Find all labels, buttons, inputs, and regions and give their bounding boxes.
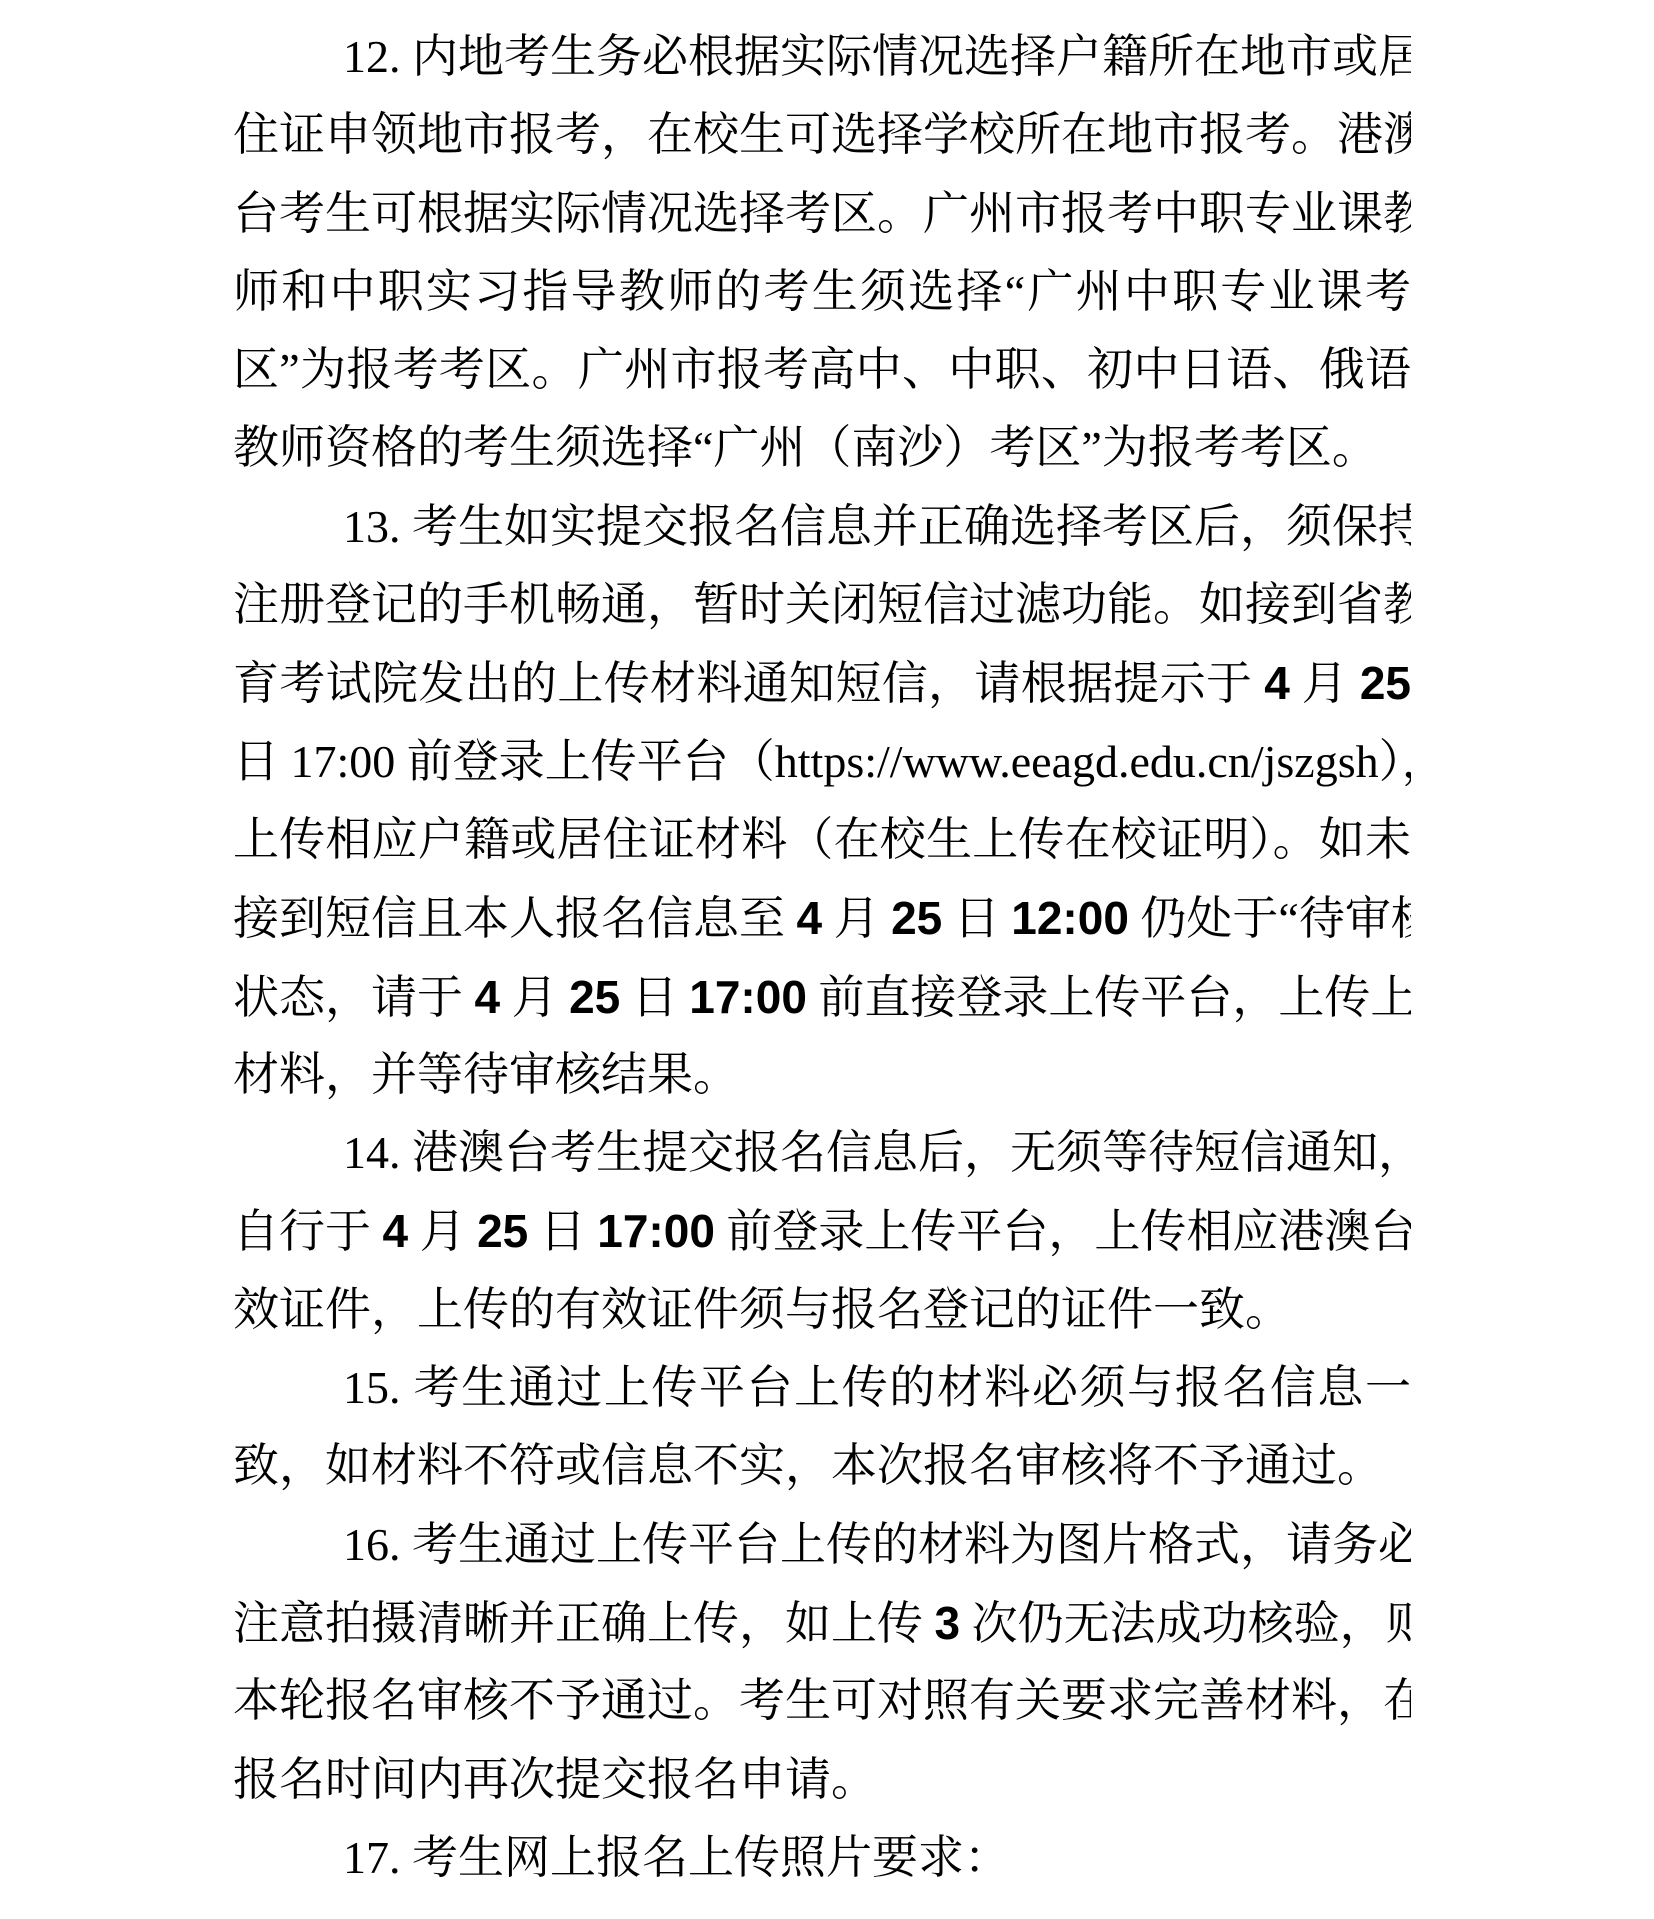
document-page: 12. 内地考生务必根据实际情况选择户籍所在地市或居住证申领地市报考，在校生可选… [0,0,1654,1919]
text-segment: 效证件，上传的有效证件须与报名登记的证件一致。 [233,1284,1291,1335]
text-segment: 自行于 [233,1206,383,1257]
bold-number: 3 [935,1597,961,1649]
text-line: 报名时间内再次提交报名申请。 [233,1741,1411,1819]
text-segment: 月 [500,972,569,1023]
bold-number: 25 [569,971,620,1023]
text-segment: 前直接登录上传平台，上传上述 [807,972,1411,1023]
text-line: 本轮报名审核不予通过。考生可对照有关要求完善材料，在 [233,1662,1411,1740]
text-segment: 致，如材料不符或信息不实，本次报名审核将不予通过。 [233,1440,1383,1491]
text-line: 13. 考生如实提交报名信息并正确选择考区后，须保持 [233,488,1411,566]
text-line: 14. 港澳台考生提交报名信息后，无须等待短信通知， [233,1114,1411,1192]
bold-number: 4 [797,892,823,944]
text-line: 15. 考生通过上传平台上传的材料必须与报名信息一 [233,1349,1411,1427]
text-line: 17. 考生网上报名上传照片要求： [233,1819,1411,1897]
text-segment: 报名时间内再次提交报名申请。 [233,1754,877,1805]
text-segment: 月 [408,1206,477,1257]
paragraph-item-12: 12. 内地考生务必根据实际情况选择户籍所在地市或居住证申领地市报考，在校生可选… [233,18,1411,488]
text-segment: 本轮报名审核不予通过。考生可对照有关要求完善材料，在 [233,1675,1411,1726]
text-line: 注册登记的手机畅通，暂时关闭短信过滤功能。如接到省教 [233,566,1411,644]
text-segment: 住证申领地市报考，在校生可选择学校所在地市报考。港澳 [233,109,1411,160]
bold-number: 12:00 [1011,892,1129,944]
text-line: 16. 考生通过上传平台上传的材料为图片格式，请务必 [233,1506,1411,1584]
text-segment: 区”为报考考区。广州市报考高中、中职、初中日语、俄语 [233,344,1411,395]
text-line: 注意拍摄清晰并正确上传，如上传 3 次仍无法成功核验，则 [233,1584,1411,1662]
paragraph-item-17: 17. 考生网上报名上传照片要求： [233,1819,1411,1897]
text-segment: 14. 港澳台考生提交报名信息后，无须等待短信通知， [343,1127,1411,1178]
text-segment: 月 [822,893,891,944]
text-line: 致，如材料不符或信息不实，本次报名审核将不予通过。 [233,1427,1411,1505]
text-segment: 上传相应户籍或居住证材料（在校生上传在校证明）。如未 [233,814,1411,865]
paragraph-item-14: 14. 港澳台考生提交报名信息后，无须等待短信通知，自行于 4 月 25 日 1… [233,1114,1411,1349]
text-line: 台考生可根据实际情况选择考区。广州市报考中职专业课教 [233,175,1411,253]
text-segment: 仍处于“待审核” [1129,893,1411,944]
bold-number: 4 [383,1205,409,1257]
bold-number: 25 [891,892,942,944]
text-line: 教师资格的考生须选择“广州（南沙）考区”为报考考区。 [233,409,1411,487]
text-segment: 接到短信且本人报名信息至 [233,893,797,944]
text-segment: 15. 考生通过上传平台上传的材料必须与报名信息一 [343,1362,1411,1413]
bold-number: 25 [477,1205,528,1257]
paragraph-item-13: 13. 考生如实提交报名信息并正确选择考区后，须保持注册登记的手机畅通，暂时关闭… [233,488,1411,1114]
notice-body: 12. 内地考生务必根据实际情况选择户籍所在地市或居住证申领地市报考，在校生可选… [0,0,1654,1897]
bold-number: 4 [475,971,501,1023]
text-segment: 17. 考生网上报名上传照片要求： [343,1832,1010,1883]
paragraph-item-16: 16. 考生通过上传平台上传的材料为图片格式，请务必注意拍摄清晰并正确上传，如上… [233,1506,1411,1819]
text-line: 师和中职实习指导教师的考生须选择“广州中职专业课考 [233,253,1411,331]
text-segment: 师和中职实习指导教师的考生须选择“广州中职专业课考 [233,266,1411,317]
bold-number: 4 [1264,657,1290,709]
text-line: 效证件，上传的有效证件须与报名登记的证件一致。 [233,1271,1411,1349]
text-segment: 日 17:00 前登录上传平台（https://www.eeagd.edu.cn… [233,736,1411,787]
text-segment: 状态，请于 [233,972,475,1023]
text-line: 上传相应户籍或居住证材料（在校生上传在校证明）。如未 [233,801,1411,879]
text-segment: 注册登记的手机畅通，暂时关闭短信过滤功能。如接到省教 [233,579,1411,630]
text-line: 自行于 4 月 25 日 17:00 前登录上传平台，上传相应港澳台有 [233,1192,1411,1270]
text-segment: 16. 考生通过上传平台上传的材料为图片格式，请务必 [343,1519,1411,1570]
text-segment: 材料，并等待审核结果。 [233,1049,739,1100]
text-segment: 次仍无法成功核验，则 [960,1598,1411,1649]
text-segment: 台考生可根据实际情况选择考区。广州市报考中职专业课教 [233,188,1411,239]
text-line: 接到短信且本人报名信息至 4 月 25 日 12:00 仍处于“待审核” [233,879,1411,957]
text-segment: 前登录上传平台，上传相应港澳台有 [715,1206,1411,1257]
text-line: 区”为报考考区。广州市报考高中、中职、初中日语、俄语 [233,331,1411,409]
text-line: 日 17:00 前登录上传平台（https://www.eeagd.edu.cn… [233,723,1411,801]
text-segment: 日 [528,1206,597,1257]
text-line: 住证申领地市报考，在校生可选择学校所在地市报考。港澳 [233,96,1411,174]
text-line: 材料，并等待审核结果。 [233,1036,1411,1114]
text-segment: 教师资格的考生须选择“广州（南沙）考区”为报考考区。 [233,422,1378,473]
text-line: 状态，请于 4 月 25 日 17:00 前直接登录上传平台，上传上述 [233,958,1411,1036]
bold-number: 17:00 [689,971,807,1023]
text-segment: 日 [942,893,1011,944]
text-line: 12. 内地考生务必根据实际情况选择户籍所在地市或居 [233,18,1411,96]
text-segment: 育考试院发出的上传材料通知短信，请根据提示于 [233,658,1264,709]
text-line: 育考试院发出的上传材料通知短信，请根据提示于 4 月 25 [233,644,1411,722]
paragraph-item-15: 15. 考生通过上传平台上传的材料必须与报名信息一致，如材料不符或信息不实，本次… [233,1349,1411,1506]
text-segment: 日 [620,972,689,1023]
bold-number: 25 [1360,657,1411,709]
text-segment: 月 [1290,658,1360,709]
text-segment: 12. 内地考生务必根据实际情况选择户籍所在地市或居 [343,31,1411,82]
text-segment: 13. 考生如实提交报名信息并正确选择考区后，须保持 [343,501,1411,552]
text-segment: 注意拍摄清晰并正确上传，如上传 [233,1598,935,1649]
bold-number: 17:00 [597,1205,715,1257]
